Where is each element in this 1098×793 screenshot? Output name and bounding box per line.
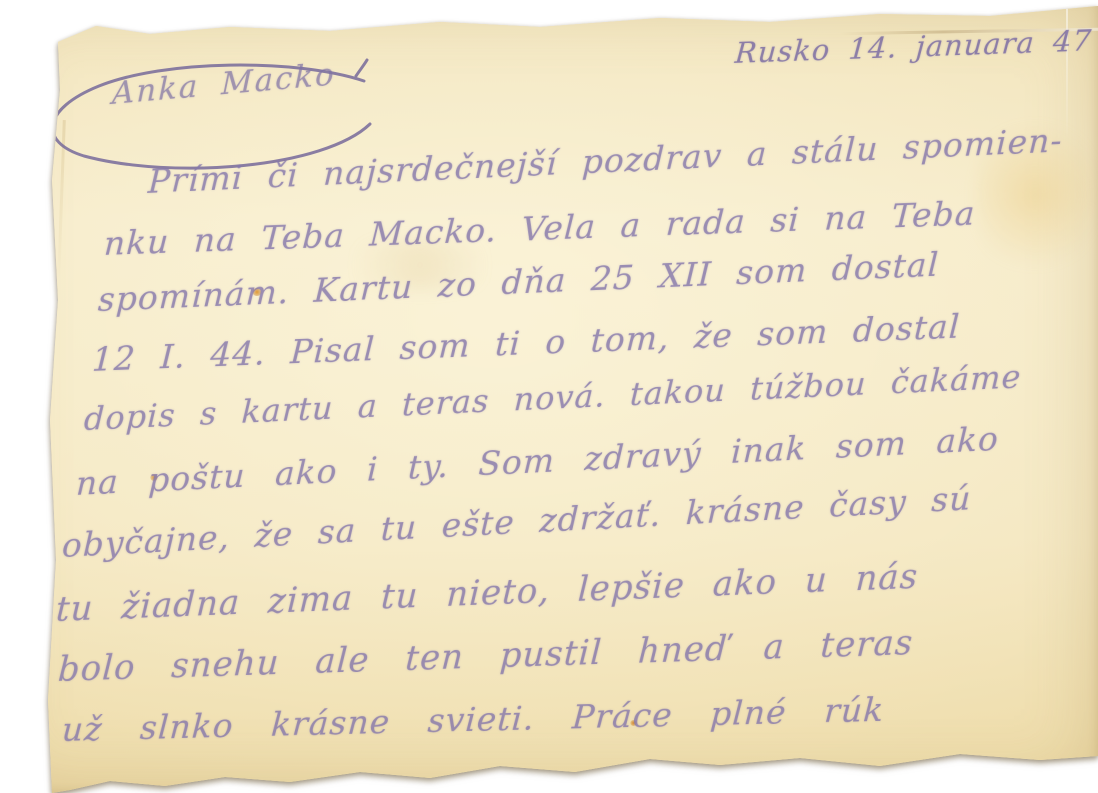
handwriting-line-8: tu žiadna zima tu nieto, lepšie ako u ná… xyxy=(55,557,919,630)
handwriting-line-10: už slnko krásne svieti. Práce plné rúk xyxy=(61,690,886,749)
handwriting-line-9: bolo snehu ale ten pustil hneď a teras xyxy=(57,623,914,690)
paper-sheet: Anka Macko Rusko 14. januara 47 Prími či… xyxy=(0,0,1098,793)
paper-crease xyxy=(1066,0,1068,140)
scan-background: Anka Macko Rusko 14. januara 47 Prími či… xyxy=(0,0,1098,793)
dateline: Rusko 14. januara 47 xyxy=(734,23,1093,70)
postcard-paper: Anka Macko Rusko 14. januara 47 Prími či… xyxy=(0,0,1098,793)
